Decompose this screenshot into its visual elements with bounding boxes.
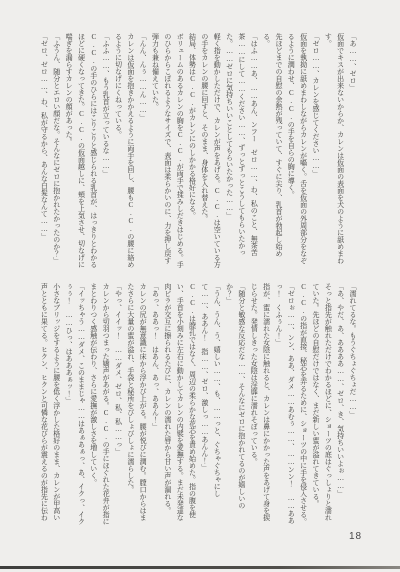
paragraph: 「濡れてるな。もうぐちょぐちょだ……」 xyxy=(347,283,359,525)
paragraph: カレンの尻が無意識に床から浮かび上がる。腰が悦びに潤む。膣口からはまたさらに大量… xyxy=(124,283,149,525)
paragraph: C.C.は膣孔ではなく、周辺の柔らかな花芯を責め始めた。指の腹を使い、手首を小刻… xyxy=(162,283,199,525)
paragraph: 結局、体勢はC.C.がカレンにのしかかる格好になる。 xyxy=(186,33,198,270)
paragraph: 「イッちゃう……ダメ、このままじゃ……はあぁあぁっ、あ、イクっ、イクぅぅ！ ……… xyxy=(63,283,88,525)
paragraph: カレンは仮面を抱きかかえるように両手を回し、腰もC.C.の腰に絡めるように切なげ… xyxy=(112,33,137,270)
paragraph: 仮面でキスが出来ないからか、カレンは仮面の表面を犬のように舐めまわす。 xyxy=(322,33,347,270)
paragraph: 「んん、んぅ……ん……」 xyxy=(137,33,149,270)
paragraph: 軽く指を動かしただけで、カレンが声をあげる。C.C.は空いている方の手をカレンの… xyxy=(199,33,224,270)
paragraph: C.C.の指が直接、秘芯を弄るために、ショーツの中に手を侵入させる。 xyxy=(297,283,309,525)
scanned-novel-page: 「あ……、ゼロ」仮面でキスが出来ないからか、カレンは仮面の表面を犬のように舐めま… xyxy=(0,0,400,572)
paragraph: C.C.の手のひらにはこりこりと感じられる乳首が、はっきりとわかるほどに硬くなっ… xyxy=(63,33,100,270)
paragraph: ボリュームのあるカレンの胸をC.C.が両手で揉みしだきはじめる。手のひらからこぼ… xyxy=(149,33,186,270)
paragraph: 「はふ……あ、……あん、ンフー ゼロ……、わ、私のこと、無茶苦茶……にして……く… xyxy=(223,33,260,270)
text-block-top: 「あ……、ゼロ」仮面でキスが出来ないからか、カレンは仮面の表面を犬のように舐めま… xyxy=(38,33,359,270)
paragraph: 仮面を執拗に舐めまわしながらカレンが囁く。舌を仮面の外周部分をなぞるように潤わせ… xyxy=(285,33,310,270)
paragraph: 小さなブリッジをするように腰を低く浮かした格好のまま、カレンが甲高い声とともに果… xyxy=(38,283,63,525)
paragraph: 「ゼロ……、カレンを感じてください……」 xyxy=(310,33,322,270)
paragraph: 先ほどまでの自慰の余熱が残っていて、すぐに尖り、乳首が勃起し始める。 xyxy=(260,33,285,270)
scan-edge-shadow xyxy=(0,566,400,569)
paragraph: 「随分と敏感な反応だな……、そんなにゼロに抱かれてるのが嬉しいのか？」 xyxy=(223,283,248,525)
paragraph: 「うん、うん、う、嬉しい……、も、……っと、ぐちゃぐちゃにして……、ああん！ 指… xyxy=(199,283,224,525)
paragraph: 「ふふ……、もう乳首が立っているな……」 xyxy=(100,33,112,270)
paragraph: 「あ……、ゼロ」 xyxy=(347,33,359,270)
paragraph: 「ゼロぉ……、ンン、ああ、ダメ……あむぅ……、……ンン！ ……ああっ！ くふぅん… xyxy=(273,283,298,525)
paragraph: 「あ、やだ、あ、ああああ……、ゼロ、き、気持ちいいよぉ……」 xyxy=(334,283,346,525)
page-number: 18 xyxy=(349,531,362,542)
paragraph: 「あっ、ああっ！ はあん、あっ、ああん！」 xyxy=(149,283,161,525)
paragraph: そっと指先が触れただけでわかるほどに、ショーツの底はぐっしょりと濡れていた。先ほ… xyxy=(310,283,335,525)
paragraph: 指が、蜜に濡れた女陰に触れると、カレンは鼻にかかった声をあげて身を捩じらせた。発… xyxy=(248,283,273,525)
text-block-bottom: 「濡れてるな。もうぐちょぐちょだ……」「あ、やだ、あ、ああああ……、ゼロ、き、気… xyxy=(38,283,359,525)
paragraph: 「やっ、イイッ！ ……ダメ、ゼロ、私、私……っ」 xyxy=(112,283,124,525)
paragraph: 「ゼロ、ゼロ……、わ、私が守るから、あんな白髪なんて……」 xyxy=(38,33,50,270)
paragraph: カレンから切羽つまった嬌声があがる。C.C.の手にほぐれた花弁が指にまとわりつく… xyxy=(87,283,112,525)
paragraph: 「ふうん、随分とエロい顔だな。そんなにゼロに抱かれたかったのか？」 xyxy=(50,33,62,270)
